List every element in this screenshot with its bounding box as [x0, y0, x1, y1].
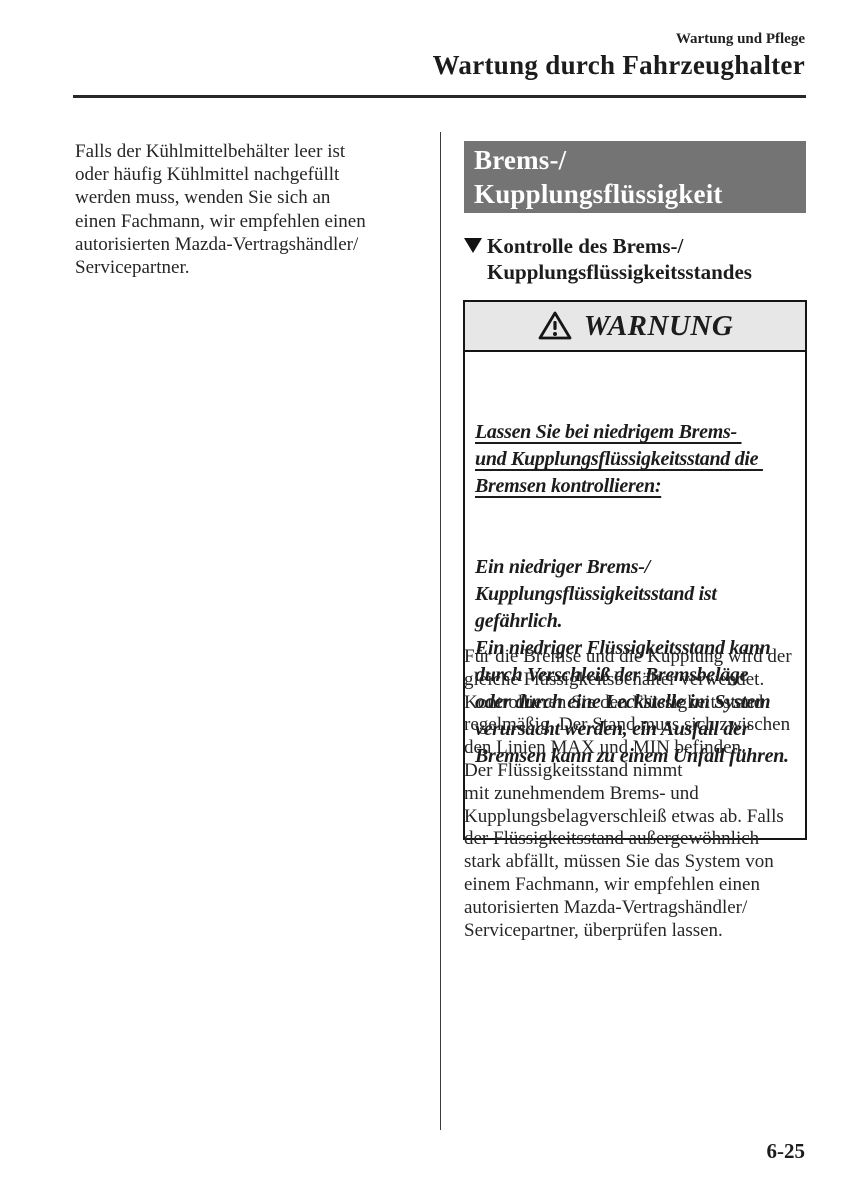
warning-lead-text: Lassen Sie bei niedrigem Brems- und Kupp…: [475, 419, 799, 500]
column-divider: [440, 132, 441, 1130]
warning-box-header: WARNUNG: [465, 302, 805, 352]
subsection-heading: Kontrolle des Brems-/ Kupplungsflüssigke…: [487, 233, 752, 285]
subsection-heading-row: Kontrolle des Brems-/ Kupplungsflüssigke…: [464, 233, 814, 285]
manual-page: Wartung und Pflege Wartung durch Fahrzeu…: [0, 0, 845, 1200]
right-column-paragraph: Für die Bremse und die Kupplung wird der…: [464, 646, 824, 942]
page-header: Wartung und Pflege Wartung durch Fahrzeu…: [433, 30, 805, 82]
section-title-banner: Brems-/ Kupplungsflüssigkeit: [464, 141, 806, 213]
warning-triangle-icon: [537, 310, 573, 342]
header-rule: [73, 95, 806, 98]
breadcrumb: Wartung und Pflege: [433, 30, 805, 49]
left-column-paragraph: Falls der Kühlmittelbehälter leer ist od…: [75, 140, 435, 279]
page-number: 6-25: [767, 1139, 806, 1164]
page-title: Wartung durch Fahrzeughalter: [433, 49, 805, 82]
warning-title: WARNUNG: [584, 310, 734, 343]
triangle-bullet-icon: [464, 238, 482, 253]
